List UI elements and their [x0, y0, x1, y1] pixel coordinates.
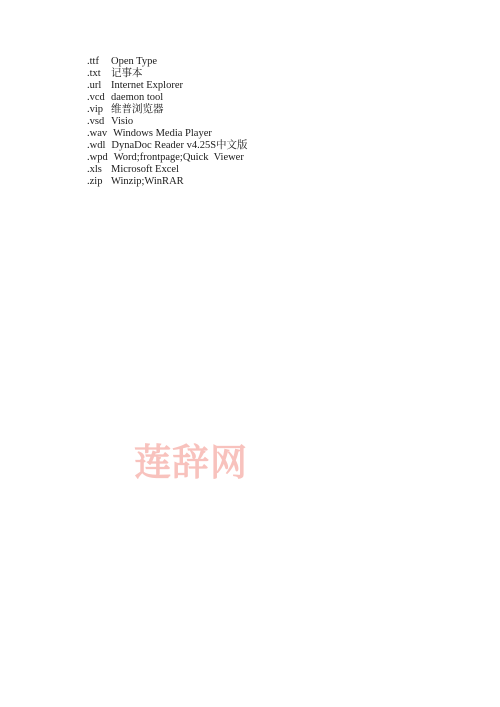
program-name: Open Type — [111, 56, 157, 67]
program-name: Microsoft Excel — [111, 164, 179, 175]
file-extension: .txt — [87, 68, 105, 80]
file-extension: .vip — [87, 104, 105, 116]
file-extension: .wav — [87, 128, 107, 140]
program-name: 维普浏览器 — [111, 104, 164, 115]
list-item: .vcddaemon tool — [87, 92, 248, 104]
file-extension: .zip — [87, 176, 105, 188]
site-watermark: 莲辞网 — [134, 444, 248, 481]
list-item: .urlInternet Explorer — [87, 80, 248, 92]
file-extension-list: .ttfOpen Type .txt记事本 .urlInternet Explo… — [87, 56, 248, 188]
list-item: .vip维普浏览器 — [87, 104, 248, 116]
document-page: .ttfOpen Type .txt记事本 .urlInternet Explo… — [0, 0, 500, 707]
file-extension: .ttf — [87, 56, 105, 68]
list-item: .xlsMicrosoft Excel — [87, 164, 248, 176]
list-item: .txt记事本 — [87, 68, 248, 80]
list-item: .ttfOpen Type — [87, 56, 248, 68]
program-name: 记事本 — [111, 68, 143, 79]
program-name: Windows Media Player — [113, 128, 212, 139]
program-name: Winzip;WinRAR — [111, 176, 184, 187]
file-extension: .xls — [87, 164, 105, 176]
file-extension: .vcd — [87, 92, 105, 104]
program-name: DynaDoc Reader v4.25S中文版 — [111, 140, 247, 151]
list-item: .vsdVisio — [87, 116, 248, 128]
list-item: .zipWinzip;WinRAR — [87, 176, 248, 188]
list-item: .wpdWord;frontpage;Quick Viewer — [87, 152, 248, 164]
list-item: .wdlDynaDoc Reader v4.25S中文版 — [87, 140, 248, 152]
program-name: Visio — [111, 116, 133, 127]
file-extension: .url — [87, 80, 105, 92]
program-name: Internet Explorer — [111, 80, 183, 91]
file-extension: .vsd — [87, 116, 105, 128]
program-name: daemon tool — [111, 92, 163, 103]
list-item: .wavWindows Media Player — [87, 128, 248, 140]
file-extension: .wpd — [87, 152, 108, 164]
program-name: Word;frontpage;Quick Viewer — [114, 152, 244, 163]
file-extension: .wdl — [87, 140, 105, 152]
